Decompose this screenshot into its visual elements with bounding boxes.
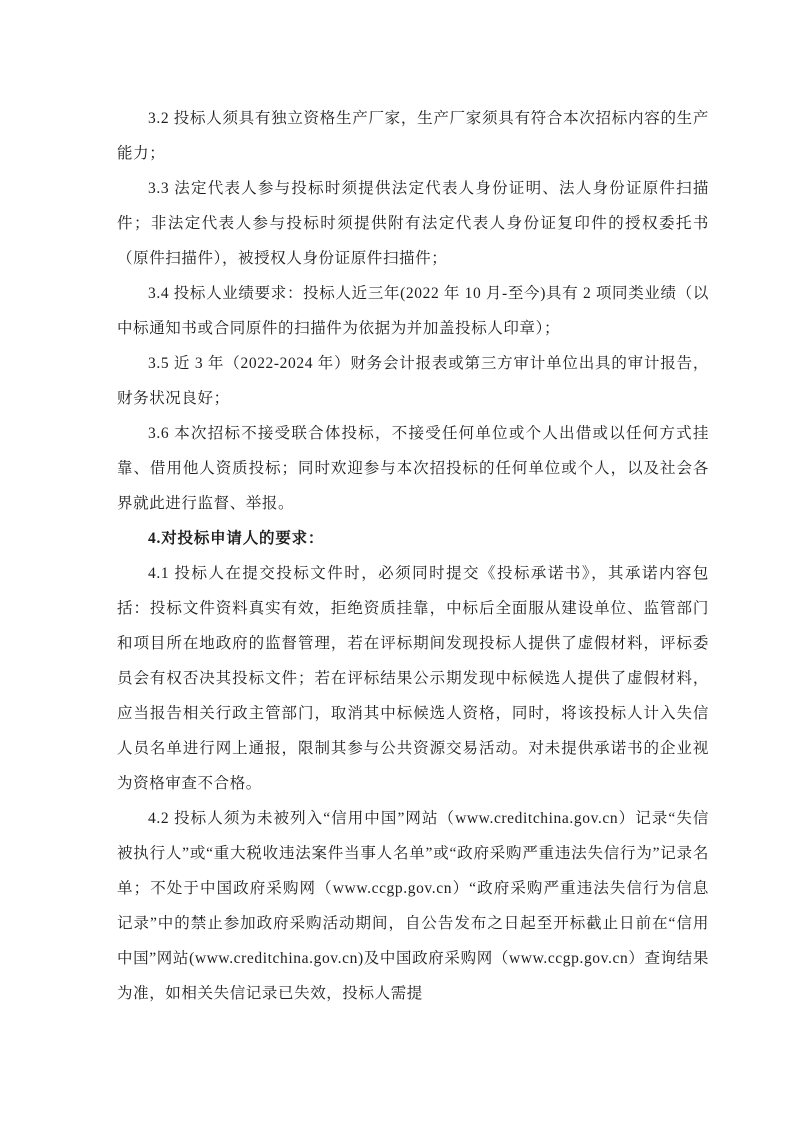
paragraph-4-2: 4.2 投标人须为未被列入“信用中国”网站（www.creditchina.go…	[117, 801, 709, 1011]
paragraph-4-1: 4.1 投标人在提交投标文件时，必须同时提交《投标承诺书》，其承诺内容包括：投标…	[117, 556, 709, 801]
paragraph-3-3: 3.3 法定代表人参与投标时须提供法定代表人身份证明、法人身份证原件扫描件；非法…	[117, 171, 709, 276]
paragraph-3-6: 3.6 本次招标不接受联合体投标，不接受任何单位或个人出借或以任何方式挂靠、借用…	[117, 416, 709, 521]
document-page: 3.2 投标人须具有独立资格生产厂家，生产厂家须具有符合本次招标内容的生产能力；…	[0, 0, 793, 1122]
section-heading-4: 4.对投标申请人的要求：	[117, 521, 709, 556]
paragraph-3-5: 3.5 近 3 年（2022-2024 年）财务会计报表或第三方审计单位出具的审…	[117, 346, 709, 416]
paragraph-3-2: 3.2 投标人须具有独立资格生产厂家，生产厂家须具有符合本次招标内容的生产能力；	[117, 101, 709, 171]
paragraph-3-4: 3.4 投标人业绩要求：投标人近三年(2022 年 10 月-至今)具有 2 项…	[117, 276, 709, 346]
